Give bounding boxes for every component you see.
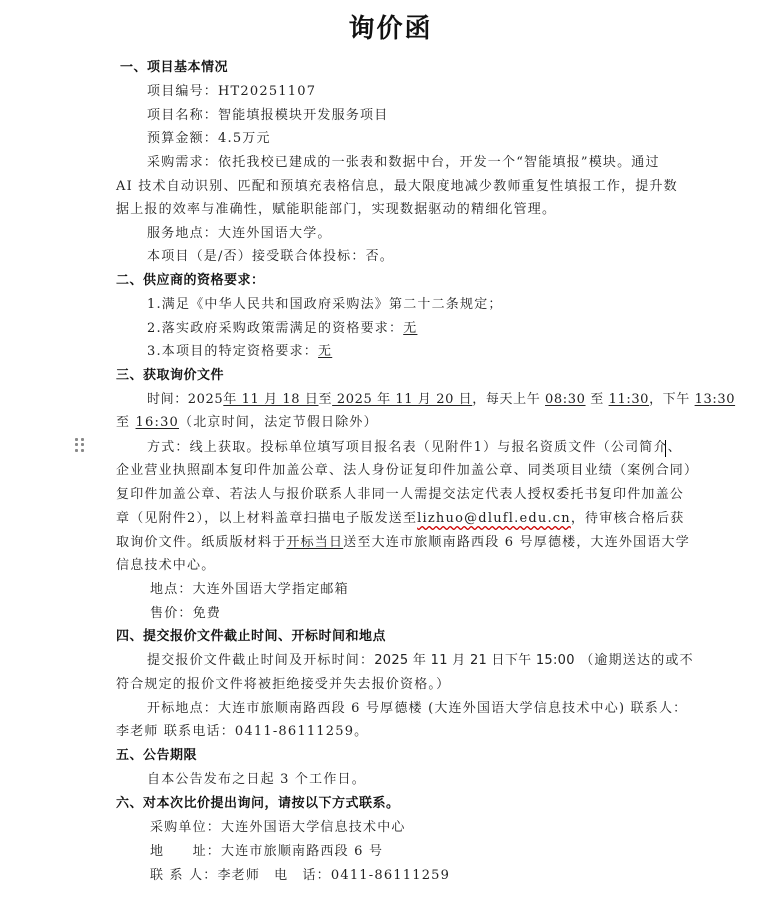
section4-heading: 四、提交报价文件截止时间、开标时间和地点 <box>116 629 386 645</box>
method-line-1: 方式：线上获取。投标单位填写项目报名表（见附件1）与报名资质文件（公司简介、 <box>147 440 682 456</box>
method-line-3: 复印件加盖公章、若法人与报价联系人非同一人需提交法定代表人授权委托书复印件加盖公 <box>116 487 684 503</box>
project-name-value: 智能填报模块开发服务项目 <box>218 108 388 123</box>
address-label: 地 址： <box>150 844 221 859</box>
acquisition-time-cont: 至 16:30（北京时间，法定节假日除外） <box>116 415 378 431</box>
drag-handle-icon[interactable] <box>75 438 85 452</box>
to-1: 至 <box>319 392 333 407</box>
section3-heading: 三、获取询价文件 <box>116 368 224 384</box>
budget-label: 预算金额： <box>147 131 218 146</box>
contact-address: 地 址：大连市旅顺南路西段 6 号 <box>150 844 383 860</box>
deadline-line-2: 符合规定的报价文件将被拒绝接受并失去报价资格。） <box>116 677 450 693</box>
requirement-line-2: AI 技术自动识别、匹配和预填充表格信息，最大限度地减少教师重复性填报工作，提升… <box>116 179 678 195</box>
qualification-item-3: 3.本项目的特定资格要求：无 <box>147 344 332 360</box>
am-end: 11:30 <box>609 392 649 407</box>
section6-heading: 六、对本次比价提出询问，请按以下方式联系。 <box>116 796 400 812</box>
time-label: 时间：2025 <box>147 392 223 407</box>
qualification-item-1: 1.满足《中华人民共和国政府采购法》第二十二条规定； <box>147 297 503 313</box>
opening-location-line-2: 李老师 联系电话：0411-86111259。 <box>116 724 368 740</box>
deadline-label: 提交报价文件截止时间及开标时间： <box>147 653 374 668</box>
deadline-line-1: 提交报价文件截止时间及开标时间：2025 年 11 月 21 日下午 15:00… <box>147 653 694 669</box>
contact-unit: 采购单位：大连外国语大学信息技术中心 <box>150 820 406 836</box>
project-number-label: 项目编号： <box>147 84 218 99</box>
project-name: 项目名称：智能填报模块开发服务项目 <box>147 108 388 124</box>
contact-person: 联 系 人：李老师电 话：0411-86111259 <box>150 868 450 884</box>
budget: 预算金额：4.5万元 <box>147 131 271 147</box>
section2-heading: 二、供应商的资格要求： <box>116 273 265 289</box>
email-link[interactable]: lizhuo@dlufl.edu.cn <box>417 511 571 526</box>
requirement-line-1: 采购需求：依托我校已建成的一张表和数据中台，开发一个“智能填报”模块。通过 <box>147 155 660 171</box>
daily-label: ，每天上午 <box>472 392 540 407</box>
project-number: 项目编号：HT20251107 <box>147 84 316 100</box>
address-value: 大连市旅顺南路西段 6 号 <box>221 844 383 859</box>
opening-location-line-1: 开标地点：大连市旅顺南路西段 6 号厚德楼 (大连外国语大学信息技术中心) 联系… <box>147 701 687 717</box>
service-location: 服务地点：大连外国语大学。 <box>147 226 332 242</box>
acquisition-location: 地点：大连外国语大学指定邮箱 <box>150 582 349 598</box>
project-number-value: HT20251107 <box>218 84 316 99</box>
announcement-period: 自本公告发布之日起 3 个工作日。 <box>147 772 366 788</box>
section1-heading: 一、项目基本情况 <box>120 60 228 76</box>
to-3: 至 <box>116 415 130 430</box>
budget-value: 4.5万元 <box>218 131 271 146</box>
time-note: （北京时间，法定节假日除外） <box>179 415 378 430</box>
date-end: 2025 年 11 月 20 日 <box>332 392 472 407</box>
qualification-item-2-value: 无 <box>403 321 417 336</box>
deadline-note: （逾期送达的或不 <box>580 653 694 668</box>
acquisition-price: 售价：免费 <box>150 606 221 622</box>
pm-end: 16:30 <box>136 415 179 430</box>
qualification-item-3-label: 3.本项目的特定资格要求： <box>147 344 318 359</box>
contact-person-value: 联 系 人：李老师 <box>150 868 260 883</box>
section5-heading: 五、公告期限 <box>116 748 197 764</box>
acquisition-time: 时间：2025年 11 月 18 日至 2025 年 11 月 20 日，每天上… <box>147 392 735 408</box>
pm-start: 13:30 <box>695 392 735 407</box>
qualification-item-2: 2.落实政府采购政策需满足的资格要求：无 <box>147 321 417 337</box>
document-title: 询价函 <box>0 8 781 45</box>
deadline-value: 2025 年 11 月 21 日下午 15:00 <box>374 653 575 668</box>
method-line-6: 信息技术中心。 <box>116 558 215 574</box>
method-line-5-post: 送至大连市旅顺南路西段 6 号厚德楼，大连外国语大学 <box>343 535 690 550</box>
method-line-2: 企业营业执照副本复印件加盖公章、法人身份证复印件加盖公章、同类项目业绩（案例合同… <box>116 463 698 479</box>
method-line-4-post: ，待审核合格后获 <box>571 511 685 526</box>
project-name-label: 项目名称： <box>147 108 218 123</box>
contact-phone: 电 话：0411-86111259 <box>274 868 450 883</box>
method-line-4: 章（见附件2），以上材料盖章扫描电子版发送至lizhuo@dlufl.edu.c… <box>116 511 684 527</box>
requirement-line-3: 据上报的效率与准确性，赋能职能部门，实现数据驱动的精细化管理。 <box>116 202 556 218</box>
method-line-5: 取询价文件。纸质版材料于开标当日送至大连市旅顺南路西段 6 号厚德楼，大连外国语… <box>116 535 690 551</box>
opening-day: 开标当日 <box>286 535 343 550</box>
am-start: 08:30 <box>545 392 585 407</box>
pm-label: ，下午 <box>649 392 690 407</box>
qualification-item-3-value: 无 <box>318 344 332 359</box>
consortium-note: 本项目（是/否）接受联合体投标：否。 <box>147 249 394 265</box>
date-start: 年 11 月 18 日 <box>223 392 318 407</box>
qualification-item-2-label: 2.落实政府采购政策需满足的资格要求： <box>147 321 403 336</box>
method-line-5-pre: 取询价文件。纸质版材料于 <box>116 535 286 550</box>
method-line-4-pre: 章（见附件2），以上材料盖章扫描电子版发送至 <box>116 511 417 526</box>
to-2: 至 <box>590 392 604 407</box>
